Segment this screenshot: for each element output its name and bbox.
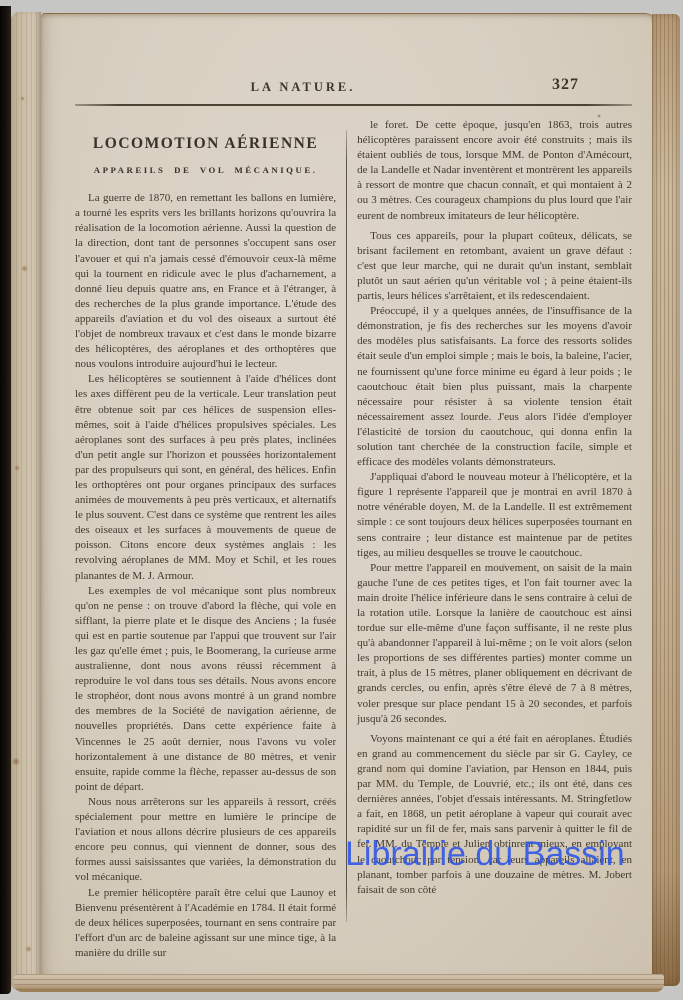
paragraph: Les exemples de vol mécanique sont plus … xyxy=(75,584,336,795)
column-divider xyxy=(346,130,347,922)
foxing-spot xyxy=(595,624,600,629)
book-page: LA NATURE. 327 LOCOMOTION AÉRIENNE APPAR… xyxy=(41,13,655,977)
foxing-spot xyxy=(12,757,20,766)
foxing-spot xyxy=(25,946,32,952)
watermark: Librairie du Bassin xyxy=(345,835,625,874)
page-edge-left xyxy=(11,12,41,990)
left-column: LOCOMOTION AÉRIENNE APPAREILS DE VOL MÉC… xyxy=(75,118,336,961)
paragraph: Tous ces appareils, pour la plupart coût… xyxy=(357,229,632,304)
article-subtitle: APPAREILS DE VOL MÉCANIQUE. xyxy=(75,163,336,178)
paragraph: Nous nous arrêterons sur les appareils à… xyxy=(75,795,336,886)
paper-stain xyxy=(360,745,430,805)
header-rule xyxy=(75,104,632,106)
paragraph: Le premier hélicoptère paraît être celui… xyxy=(75,886,336,961)
book-photo: LA NATURE. 327 LOCOMOTION AÉRIENNE APPAR… xyxy=(0,0,683,1000)
paragraph: Pour mettre l'appareil en mouvement, on … xyxy=(357,561,632,727)
article-title: LOCOMOTION AÉRIENNE xyxy=(75,136,336,151)
journal-title: LA NATURE. xyxy=(203,80,403,95)
paragraph: Préoccupé, il y a quelques années, de l'… xyxy=(357,304,632,470)
paragraph: La guerre de 1870, en remettant les ball… xyxy=(75,191,336,372)
paragraph: le foret. De cette époque, jusqu'en 1863… xyxy=(357,118,632,224)
page-number: 327 xyxy=(552,76,579,94)
page-edge-right xyxy=(652,14,680,986)
foxing-spot xyxy=(14,465,20,471)
paragraph: J'appliquai d'abord le nouveau moteur à … xyxy=(357,470,632,561)
paragraph: Les hélicoptères se soutiennent à l'aide… xyxy=(75,372,336,583)
book-spine-shadow xyxy=(0,6,11,994)
foxing-spot xyxy=(21,265,28,272)
page-edge-bottom xyxy=(14,974,664,992)
foxing-spot xyxy=(597,114,601,118)
foxing-spot xyxy=(500,563,507,569)
foxing-spot xyxy=(20,96,25,101)
